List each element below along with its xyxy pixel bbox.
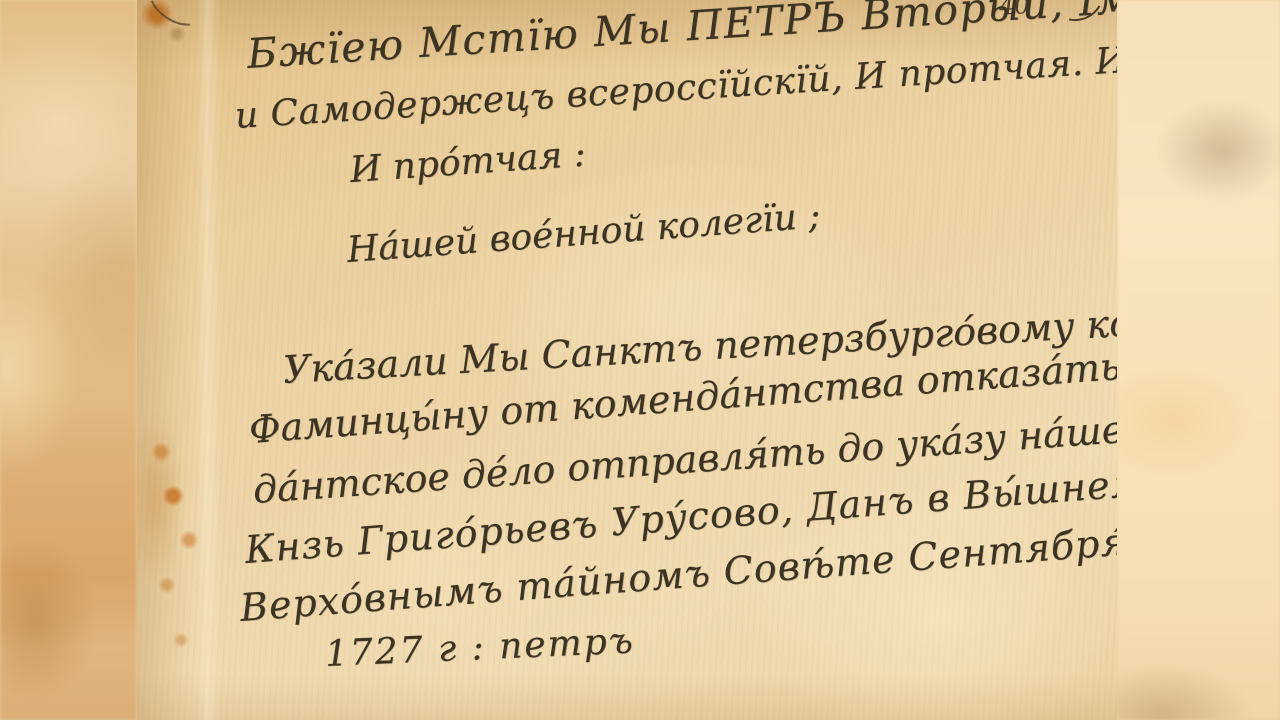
manuscript-line-address: На́шей вое́нной колегїи ; [345,195,821,271]
manuscript-photo: 40 Бжїею Мстїю Мы ПЕТРЪ Вторы́й, Їмпера́… [137,0,1117,720]
manuscript-line-title-3: И про́тчая : [349,134,587,191]
blurred-backdrop-right [1117,0,1280,720]
manuscript-line-year-signature: 1727 г : петръ [324,621,635,675]
blurred-backdrop-left [0,0,137,720]
screenshot-root: 40 Бжїею Мстїю Мы ПЕТРЪ Вторы́й, Їмпера́… [0,0,1280,720]
ink-flourish-fragment [141,0,212,35]
